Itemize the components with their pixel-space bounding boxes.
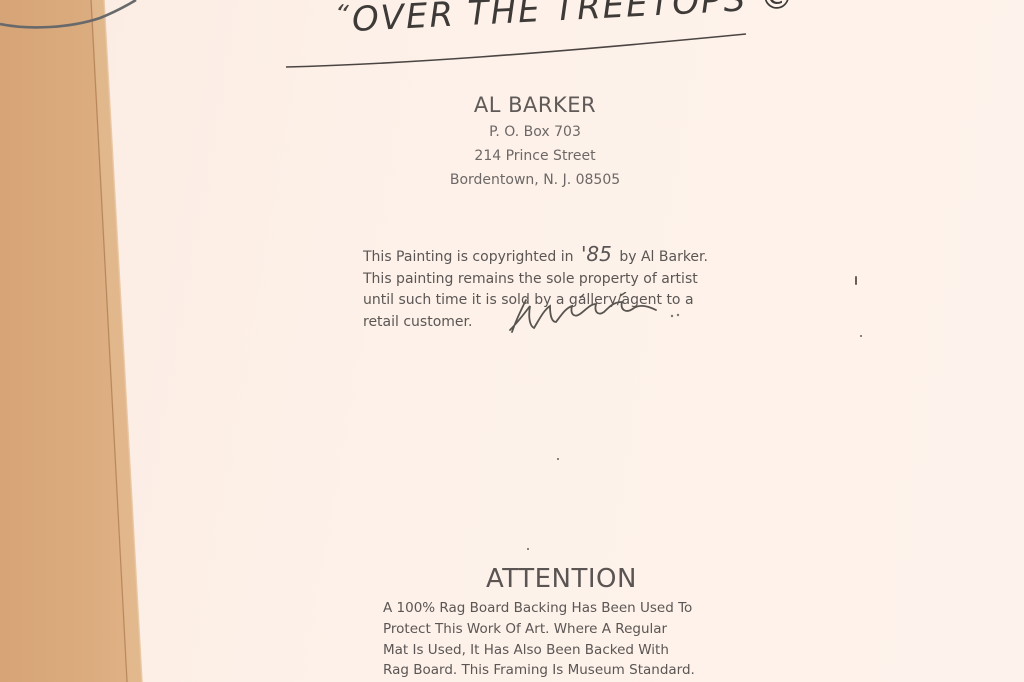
paper-speck [557,458,559,460]
artist-address-stamp: AL BARKER P. O. Box 703 214 Prince Stree… [420,93,650,192]
attention-line-1: A 100% Rag Board Backing Has Been Used T… [383,598,728,619]
title-underline [280,20,750,75]
paper-speck [855,276,857,285]
attention-line-2: Protect This Work Of Art. Where A Regula… [383,619,728,640]
address-po-box: P. O. Box 703 [420,120,650,144]
copyright-line-2: This painting remains the sole property … [363,269,733,291]
copyright-text-after-year: by Al Barker. [619,249,708,265]
attention-body: A 100% Rag Board Backing Has Been Used T… [383,598,728,681]
artist-name: AL BARKER [420,93,650,117]
copyright-text-before-year: This Painting is copyrighted in [363,249,573,265]
kraft-paper-backing [0,0,150,682]
address-city: Bordentown, N. J. 08505 [420,168,650,192]
paper-speck [527,548,529,550]
attention-heading: ATTENTION [395,564,728,594]
copyright-line-1: This Painting is copyrighted in '85 by A… [363,244,733,269]
address-street: 214 Prince Street [420,144,650,168]
attention-line-3: Mat Is Used, It Has Also Been Backed Wit… [383,640,728,661]
paper-speck [860,335,862,337]
artist-signature [500,292,690,337]
attention-line-4: Rag Board. This Framing Is Museum Standa… [383,660,728,681]
handwritten-year: '85 [581,242,612,266]
attention-notice: ATTENTION A 100% Rag Board Backing Has B… [383,564,728,681]
